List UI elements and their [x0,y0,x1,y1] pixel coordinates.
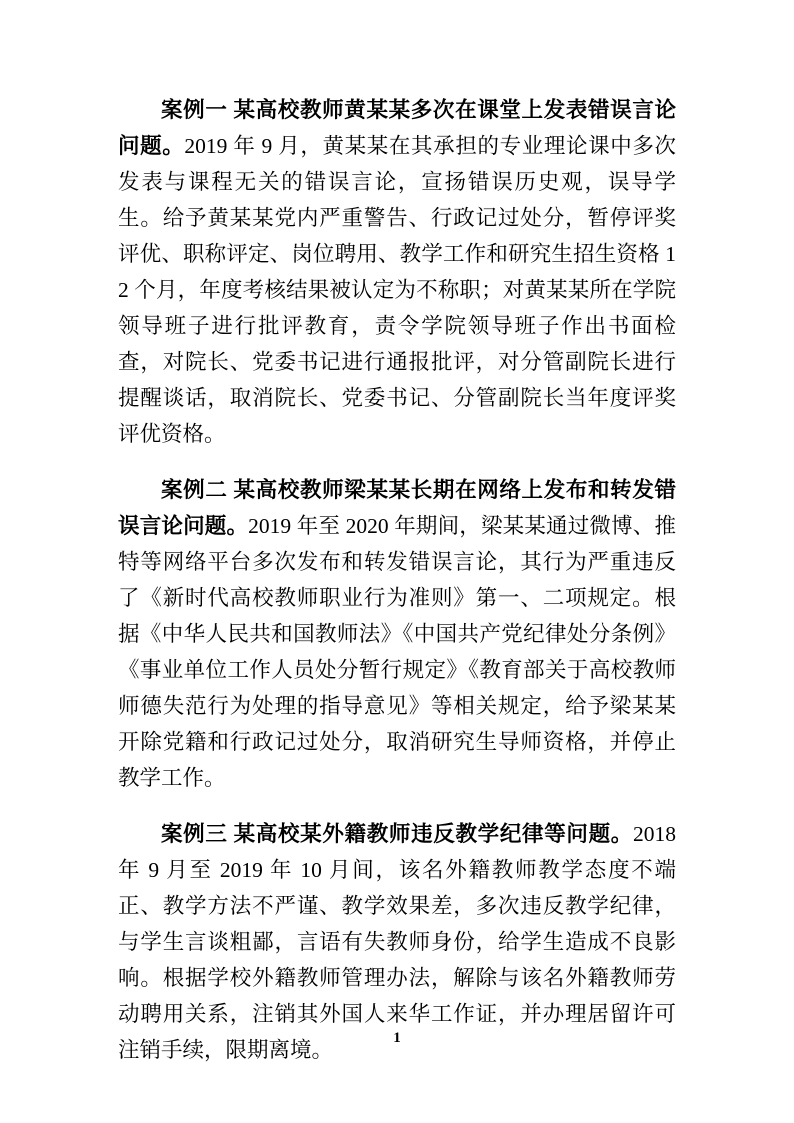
case-2-text: 2019 年至 2020 年期间，梁某某通过微博、推特等网络平台多次发布和转发错… [118,514,676,790]
case-3-title: 案例三 某高校某外籍教师违反教学纪律等问题。 [161,822,633,846]
case-1-text: 2019 年 9 月，黄某某在其承担的专业理论课中多次发表与课程无关的错误言论，… [118,134,676,446]
page-number: 1 [0,1028,794,1048]
case-3-text: 2018 年 9 月至 2019 年 10 月间，该名外籍教师教学态度不端正、教… [118,822,676,1062]
case-paragraph-1: 案例一 某高校教师黄某某多次在课堂上发表错误言论问题。2019 年 9 月，黄某… [118,92,676,452]
document-body: 案例一 某高校教师黄某某多次在课堂上发表错误言论问题。2019 年 9 月，黄某… [118,92,676,1088]
case-paragraph-2: 案例二 某高校教师梁某某长期在网络上发布和转发错误言论问题。2019 年至 20… [118,472,676,796]
document-page: 案例一 某高校教师黄某某多次在课堂上发表错误言论问题。2019 年 9 月，黄某… [0,0,794,1123]
